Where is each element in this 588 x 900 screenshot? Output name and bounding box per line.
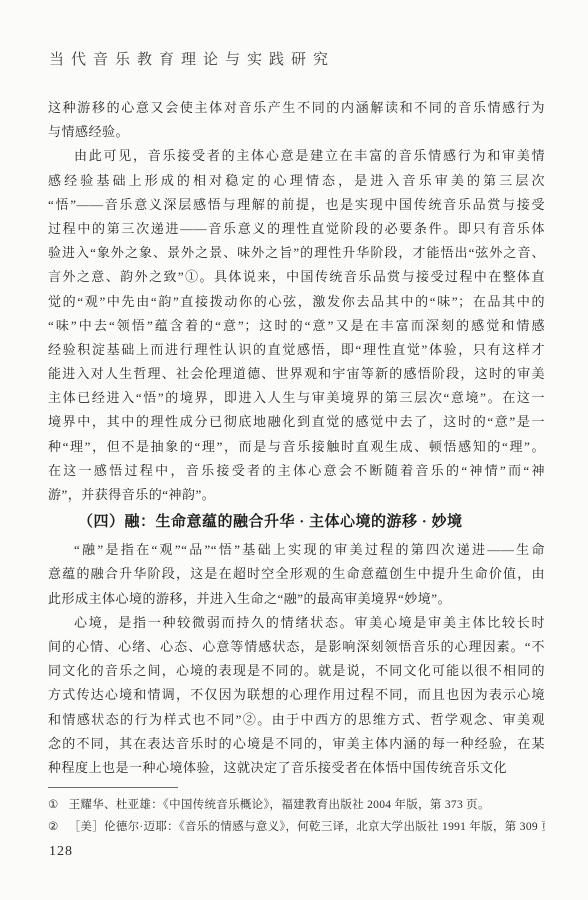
running-header-title: 当代音乐教育理论与实践研究 bbox=[49, 48, 335, 69]
body-text: 这种游移的心意又会使主体对音乐产生不同的内涵解读和不同的音乐情感行为与情感经验。… bbox=[48, 96, 545, 838]
footnote-separator bbox=[48, 787, 178, 788]
text-line: 此形成主体心境的游移，并进入生命之“融”的最高审美境界“妙境”。 bbox=[48, 587, 545, 611]
text-line: 这种游移的心意又会使主体对音乐产生不同的内涵解读和不同的音乐情感行为 bbox=[48, 96, 545, 120]
book-page: 当代音乐教育理论与实践研究 这种游移的心意又会使主体对音乐产生不同的内涵解读和不… bbox=[0, 0, 588, 900]
text-line: 种“理”，但不是抽象的“理”，而是与音乐接触时直观生成、顿悟感知的“理”。 bbox=[48, 435, 545, 459]
text-line: 种程度上也是一种心境体验，这就决定了音乐接受者在体悟中国传统音乐文化 bbox=[48, 756, 545, 780]
section-heading: （四）融：生命意蕴的融合升华 · 主体心境的游移 · 妙境 bbox=[48, 510, 545, 534]
text-line: 心境，是指一种较微弱而持久的情绪状态。审美心境是审美主体比较长时 bbox=[48, 611, 545, 635]
text-line: 主体已经进入“悟”的境界，即进入人生与审美境界的第三层次“意境”。在这一 bbox=[48, 386, 545, 410]
text-line: 意蕴的融合升华阶段，这是在超时空全形观的生命意蕴创生中提升生命价值，由 bbox=[48, 562, 545, 586]
text-line: 同文化的音乐之间，心境的表现是不同的。就是说，不同文化可能以很不相同的 bbox=[48, 659, 545, 683]
text-line: 言外之意、韵外之致”①。具体说来，中国传统音乐品赏与接受过程中在整体直 bbox=[48, 265, 545, 289]
footnote-text: ［美］伦德尔·迈耶：《音乐的情感与意义》，何乾三译，北京大学出版社 1991 年… bbox=[69, 821, 545, 833]
text-line: “融”是指在“观”“品”“悟”基础上实现的审美过程的第四次递进——生命 bbox=[48, 538, 545, 562]
text-line: 验进入“象外之象、景外之景、味外之旨”的理性升华阶段，才能悟出“弦外之音、 bbox=[48, 241, 545, 265]
paragraph: 由此可见，音乐接受者的主体心意是建立在丰富的音乐情感行为和审美情感经验基础上形成… bbox=[48, 144, 545, 507]
text-line: 间的心情、心绪、心态、心意等情感状态，是影响深刻领悟音乐的心理因素。“不 bbox=[48, 635, 545, 659]
footnote: ①王耀华、杜亚雄：《中国传统音乐概论》，福建教育出版社 2004 年版，第 37… bbox=[48, 794, 545, 816]
text-line: 游”，并获得音乐的“神韵”。 bbox=[48, 483, 545, 507]
text-line: 与情感经验。 bbox=[48, 120, 545, 144]
text-line: 在这一感悟过程中，音乐接受者的主体心意会不断随着音乐的“神情”而“神 bbox=[48, 459, 545, 483]
footnote-marker: ② bbox=[48, 816, 59, 838]
text-line: 觉的“观”中先由“韵”直接拨动你的心弦，激发你去品其中的“味”；在品其中的 bbox=[48, 290, 545, 314]
text-line: 念的不同，其在表达音乐时的心境是不同的，审美主体内涵的每一种经验，在某 bbox=[48, 732, 545, 756]
text-line: 过程中的第三次递进——音乐意义的理性直觉阶段的必要条件。即只有音乐体 bbox=[48, 217, 545, 241]
paragraph: 这种游移的心意又会使主体对音乐产生不同的内涵解读和不同的音乐情感行为与情感经验。 bbox=[48, 96, 545, 144]
paragraph: “融”是指在“观”“品”“悟”基础上实现的审美过程的第四次递进——生命意蕴的融合… bbox=[48, 538, 545, 611]
text-line: 和情感状态的行为样式也不同”②。由于中西方的思维方式、哲学观念、审美观 bbox=[48, 708, 545, 732]
text-line: 经验积淀基础上而进行理性认识的直觉感悟，即“理性直觉”体验，只有这样才 bbox=[48, 338, 545, 362]
page-number: 128 bbox=[49, 844, 73, 860]
footnote-marker: ① bbox=[48, 794, 59, 816]
text-line: “悟”——音乐意义深层感悟与理解的前提，也是实现中国传统音乐品赏与接受 bbox=[48, 193, 545, 217]
text-line: 由此可见，音乐接受者的主体心意是建立在丰富的音乐情感行为和审美情 bbox=[48, 144, 545, 168]
text-line: 能进入对人生哲理、社会伦理道德、世界观和宇宙等新的感悟阶段，这时的审美 bbox=[48, 362, 545, 386]
text-line: 方式传达心境和情调，不仅因为联想的心理作用过程不同，而且也因为表示心境 bbox=[48, 683, 545, 707]
footnote: ②［美］伦德尔·迈耶：《音乐的情感与意义》，何乾三译，北京大学出版社 1991 … bbox=[48, 816, 545, 838]
text-line: 感经验基础上形成的相对稳定的心理情态，是进入音乐审美的第三层次 bbox=[48, 169, 545, 193]
footnote-text: 王耀华、杜亚雄：《中国传统音乐概论》，福建教育出版社 2004 年版，第 373… bbox=[69, 799, 490, 811]
text-line: 境界中，其中的理性成分已彻底地融化到直觉的感觉中去了，这时的“意”是一 bbox=[48, 410, 545, 434]
paragraph: 心境，是指一种较微弱而持久的情绪状态。审美心境是审美主体比较长时间的心情、心绪、… bbox=[48, 611, 545, 780]
text-line: “味”中去“领悟”蕴含着的“意”；这时的“意”又是在丰富而深刻的感觉和情感 bbox=[48, 314, 545, 338]
